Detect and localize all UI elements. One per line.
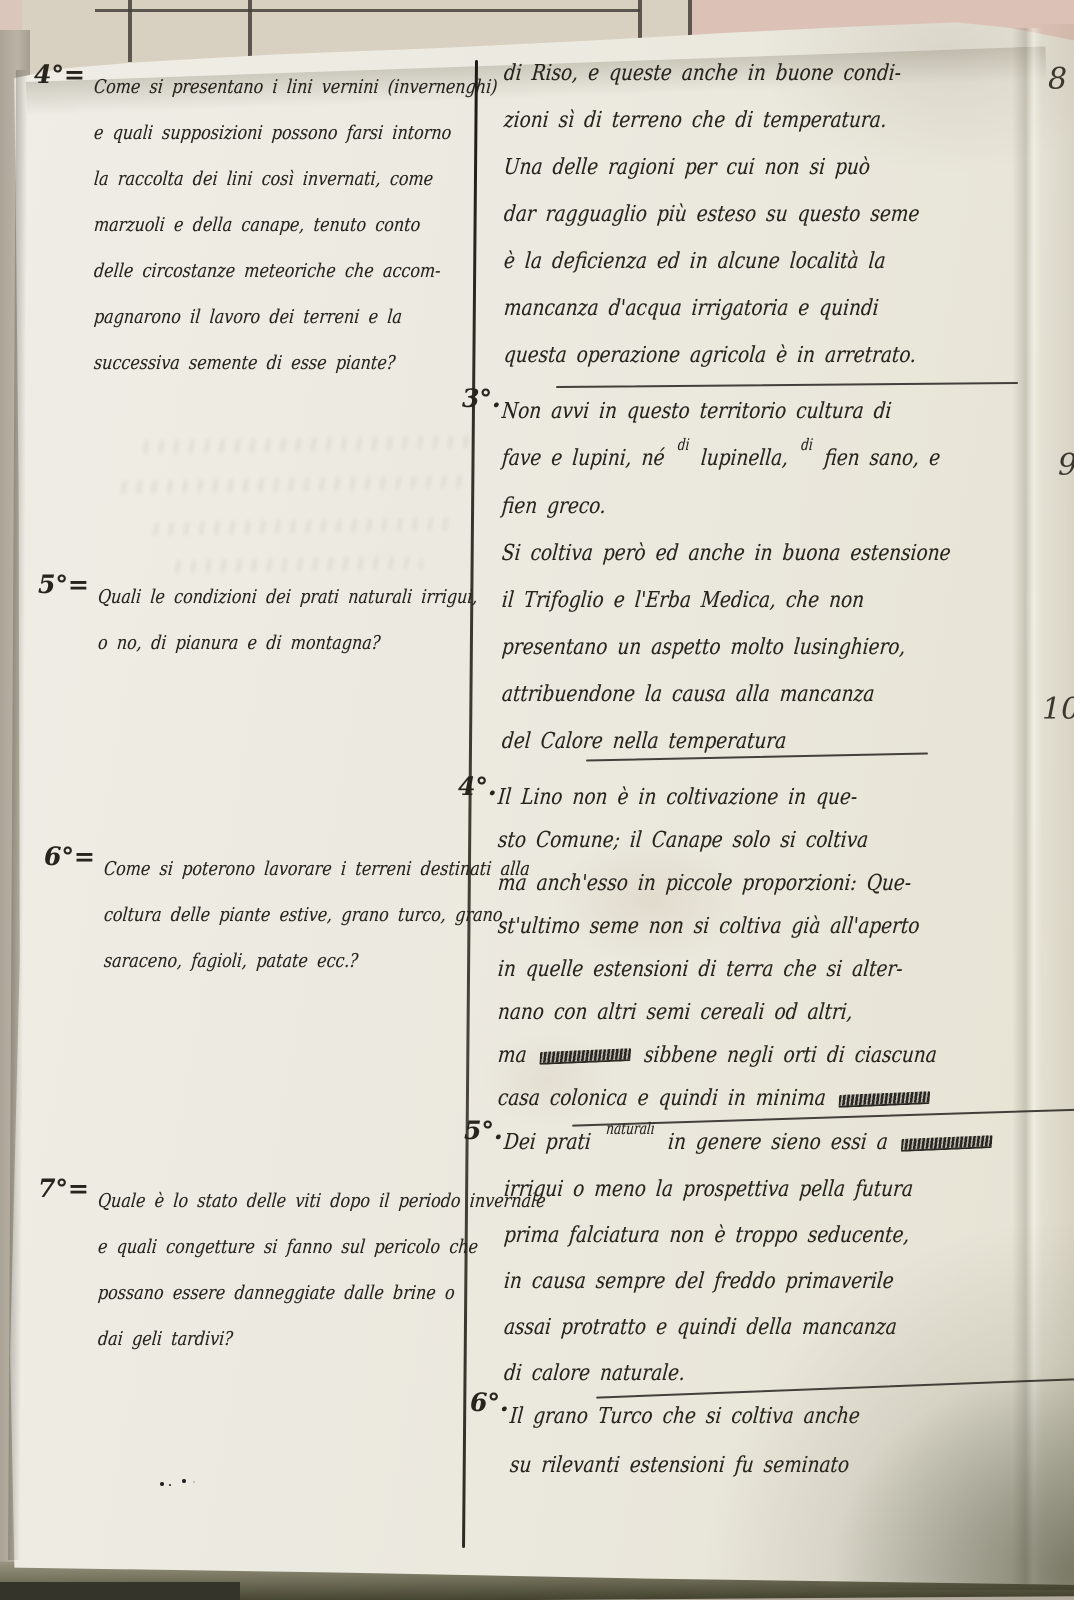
text-segment: prima falciatura non è troppo seducente,	[503, 1223, 911, 1248]
handwritten-line: in quelle estensioni di terra che si alt…	[496, 948, 984, 991]
handwritten-line: nano con altri semi cereali od altri,	[496, 991, 984, 1034]
handwritten-line: fave e lupini, né di lupinella, di fien …	[500, 435, 985, 483]
handwritten-line: e quali supposizioni possono farsi intor…	[92, 110, 420, 156]
text-segment: di calore naturale.	[503, 1361, 686, 1386]
inked-out-word	[539, 1048, 631, 1065]
answer-number: 6°.	[470, 1388, 509, 1417]
question-number: 7°=	[38, 1174, 89, 1203]
handwritten-line: è la deficienza ed in alcune località la	[502, 238, 985, 285]
handwritten-line: fien greco.	[500, 483, 985, 530]
inked-out-word	[901, 1135, 993, 1152]
handwritten-line: in causa sempre del freddo primaverile	[502, 1259, 985, 1305]
text-segment: Il Lino non è in coltivazione in que-	[497, 785, 858, 810]
handwritten-line: st'ultimo seme non si coltiva già all'ap…	[496, 905, 984, 948]
text-segment: dar ragguaglio più esteso su questo seme	[503, 202, 921, 227]
handwritten-line: sto Comune; il Canape solo si coltiva	[496, 819, 984, 862]
text-segment: possano essere danneggiate dalle brine o	[97, 1282, 456, 1304]
text-segment: questa operazione agricola è in arretrat…	[503, 343, 917, 368]
handwritten-line: e quali congetture si fanno sul pericolo…	[96, 1224, 424, 1270]
table-surface-corner	[0, 1582, 240, 1600]
handwritten-line: pagnarono il lavoro dei terreni e la	[92, 294, 420, 340]
handwritten-line: dar ragguaglio più esteso su questo seme	[502, 191, 985, 238]
answer-block-6: 6°. Il grano Turco che si coltiva anches…	[470, 1392, 1074, 1490]
text-segment: casa colonica e quindi in minima	[497, 1086, 837, 1111]
text-segment: saraceno, fagioli, patate ecc.?	[103, 950, 359, 972]
text-segment: dai geli tardivi?	[97, 1328, 234, 1350]
text-segment: assai protratto e quindi della mancanza	[503, 1315, 898, 1340]
handwritten-line: di Riso, e queste anche in buone condi-	[502, 50, 985, 97]
inked-out-word	[839, 1091, 931, 1108]
text-segment: pagnarono il lavoro dei terreni e la	[93, 306, 403, 328]
text-segment: e quali supposizioni possono farsi intor…	[93, 122, 452, 144]
text-segment: sibbene negli orti di ciascuna	[633, 1043, 938, 1068]
text-segment: nano con altri semi cereali od altri,	[497, 1000, 854, 1025]
handwritten-line: ma anch'esso in piccole proporzioni: Que…	[496, 862, 984, 905]
text-segment: Il grano Turco che si coltiva anche	[509, 1404, 861, 1429]
inserted-word: di	[676, 421, 692, 468]
text-segment: o no, di pianura e di montagna?	[97, 632, 381, 654]
text-segment: coltura delle piante estive, grano turco…	[103, 904, 503, 926]
handwritten-line: irrigui o meno la prospettiva pella futu…	[502, 1167, 985, 1213]
text-segment: lupinella,	[690, 446, 799, 471]
handwritten-line: Dei prati naturali in genere sieno essi …	[502, 1120, 985, 1167]
text-segment: ma	[497, 1043, 538, 1068]
question-number: 5°=	[38, 570, 89, 599]
text-segment: in genere sieno essi a	[657, 1130, 899, 1155]
handwritten-line: Quali le condizioni dei prati naturali i…	[96, 574, 424, 620]
answer-number: 3°.	[462, 384, 501, 413]
handwritten-line: questa operazione agricola è in arretrat…	[502, 332, 985, 379]
text-segment: su rilevanti estensioni fu seminato	[509, 1453, 850, 1478]
text-segment: mancanza d'acqua irrigatoria e quindi	[503, 296, 880, 321]
tile-grout-line	[95, 9, 640, 12]
handwritten-line: prima falciatura non è troppo seducente,	[502, 1213, 985, 1259]
text-segment: fien sano, e	[813, 446, 941, 471]
text-segment: Come si presentano i lini vernini (inver…	[93, 76, 498, 98]
question-block-4: 4°= Come si presentano i lini vernini (i…	[34, 64, 480, 386]
handwritten-line: assai protratto e quindi della mancanza	[502, 1305, 985, 1351]
text-segment: Dei prati	[503, 1130, 602, 1155]
question-block-7: 7°= Quale è lo stato delle viti dopo il …	[38, 1178, 484, 1362]
text-segment: ma anch'esso in piccole proporzioni: Que…	[497, 871, 912, 896]
handwritten-line: saraceno, fagioli, patate ecc.?	[102, 938, 430, 984]
text-segment: la raccolta dei lini così invernati, com…	[93, 168, 434, 190]
handwritten-line: successiva semente di esse piante?	[92, 340, 420, 386]
handwritten-line: su rilevanti estensioni fu seminato	[508, 1441, 986, 1490]
question-number: 6°=	[44, 842, 95, 871]
manuscript-photo: 4°= Come si presentano i lini vernini (i…	[0, 0, 1074, 1600]
answer-block-3: 3°. Non avvi in questo territorio cultur…	[462, 388, 1074, 765]
text-segment: è la deficienza ed in alcune località la	[503, 249, 887, 274]
question-number: 4°=	[34, 60, 85, 89]
text-segment: in quelle estensioni di terra che si alt…	[497, 957, 904, 982]
handwritten-line: la raccolta dei lini così invernati, com…	[92, 156, 420, 202]
edge-page-number-10: 10	[1042, 692, 1074, 727]
text-segment: sto Comune; il Canape solo si coltiva	[497, 828, 869, 853]
handwritten-line: mancanza d'acqua irrigatoria e quindi	[502, 285, 985, 332]
text-segment: fien greco.	[501, 494, 607, 519]
handwritten-line: il Trifoglio e l'Erba Medica, che non	[500, 577, 985, 624]
handwritten-line: Come si poterono lavorare i terreni dest…	[102, 846, 430, 892]
text-segment: irrigui o meno la prospettiva pella futu…	[503, 1177, 914, 1202]
handwritten-line: attribuendone la causa alla mancanza	[500, 671, 985, 718]
handwritten-line: marzuoli e della canape, tenuto conto	[92, 202, 420, 248]
inserted-word: di	[800, 421, 816, 468]
handwritten-line: possano essere danneggiate dalle brine o	[96, 1270, 424, 1316]
handwritten-line: delle circostanze meteoriche che accom-	[92, 248, 420, 294]
question-block-6: 6°= Come si poterono lavorare i terreni …	[44, 846, 490, 984]
text-segment: in causa sempre del freddo primaverile	[503, 1269, 895, 1294]
question-block-5: 5°= Quali le condizioni dei prati natura…	[38, 574, 484, 666]
handwritten-line: Una delle ragioni per cui non si può	[502, 144, 985, 191]
handwritten-line: presentano un aspetto molto lusinghiero,	[500, 624, 985, 671]
text-segment: Una delle ragioni per cui non si può	[503, 155, 871, 180]
text-segment: marzuoli e della canape, tenuto conto	[93, 214, 421, 236]
text-segment: e quali congetture si fanno sul pericolo…	[97, 1236, 479, 1258]
handwritten-line: Il grano Turco che si coltiva anche	[508, 1392, 986, 1441]
handwritten-line: Come si presentano i lini vernini (inver…	[92, 64, 420, 110]
answer-block-4: 4°. Il Lino non è in coltivazione in que…	[458, 776, 1074, 1120]
handwritten-line: o no, di pianura e di montagna?	[96, 620, 424, 666]
edge-page-number-8: 8	[1048, 62, 1067, 97]
answer-block-5: 5°. Dei prati naturali in genere sieno e…	[464, 1120, 1074, 1397]
answer-block-continuation: di Riso, e queste anche in buone condi-z…	[464, 50, 1074, 379]
handwritten-line: Non avvi in questo territorio cultura di	[500, 388, 985, 435]
handwritten-line: coltura delle piante estive, grano turco…	[102, 892, 430, 938]
handwritten-line: Il Lino non è in coltivazione in que-	[496, 776, 984, 819]
ink-dots	[160, 1482, 164, 1486]
text-segment: presentano un aspetto molto lusinghiero,	[501, 635, 907, 660]
handwritten-line: Quale è lo stato delle viti dopo il peri…	[96, 1178, 424, 1224]
inserted-word: naturali	[604, 1106, 656, 1152]
text-segment: il Trifoglio e l'Erba Medica, che non	[501, 588, 865, 613]
handwritten-line: dai geli tardivi?	[96, 1316, 424, 1362]
text-segment: zioni sì di terreno che di temperatura.	[503, 108, 888, 133]
answer-number: 5°.	[464, 1116, 503, 1145]
handwritten-line: ma sibbene negli orti di ciascuna	[496, 1034, 984, 1077]
text-segment: fave e lupini, né	[501, 446, 676, 471]
handwritten-line: Si coltiva però ed anche in buona estens…	[500, 530, 985, 577]
text-segment: st'ultimo seme non si coltiva già all'ap…	[497, 914, 921, 939]
text-segment: Si coltiva però ed anche in buona estens…	[501, 541, 952, 566]
answer-number: 4°.	[458, 772, 497, 801]
text-segment: attribuendone la causa alla mancanza	[501, 682, 876, 707]
text-segment: delle circostanze meteoriche che accom-	[93, 260, 441, 282]
text-segment: Non avvi in questo territorio cultura di	[501, 399, 893, 424]
text-segment: successiva semente di esse piante?	[93, 352, 396, 374]
text-segment: del Calore nella temperatura	[501, 729, 787, 754]
handwritten-line: zioni sì di terreno che di temperatura.	[502, 97, 985, 144]
edge-page-number-9: 9	[1058, 448, 1074, 483]
text-segment: di Riso, e queste anche in buone condi-	[503, 61, 902, 86]
text-segment: Quali le condizioni dei prati naturali i…	[97, 586, 479, 608]
